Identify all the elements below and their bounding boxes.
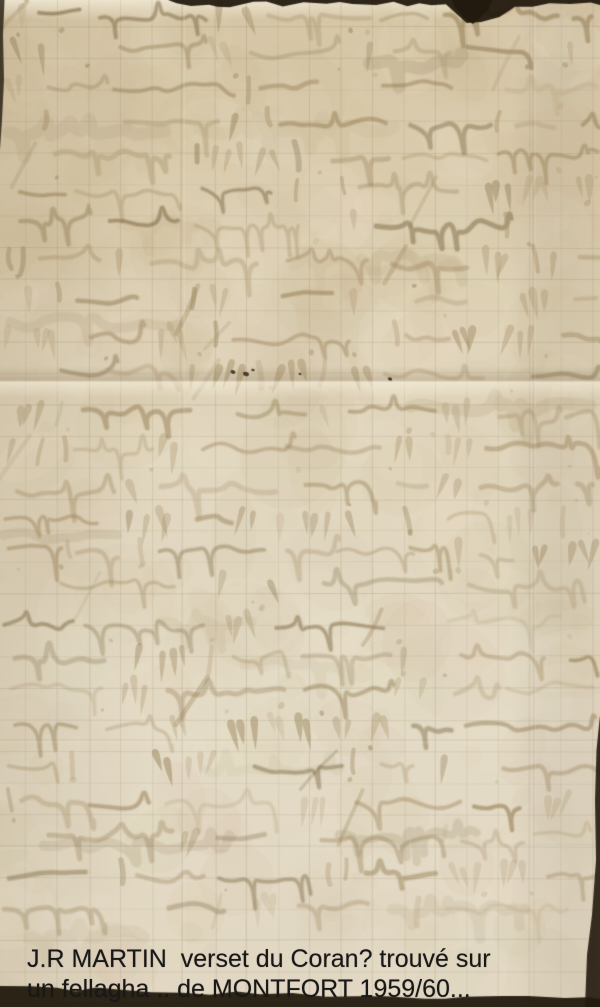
caption-line-2: un fellagha .. de MONTFORT 1959/60...: [27, 974, 491, 1004]
photo-caption: J.R MARTIN verset du Coran? trouvé sur u…: [27, 944, 491, 1004]
caption-line-1: J.R MARTIN verset du Coran? trouvé sur: [27, 944, 491, 974]
handwriting-layer: [0, 0, 600, 1007]
manuscript-photo: J.R MARTIN verset du Coran? trouvé sur u…: [0, 0, 600, 1007]
